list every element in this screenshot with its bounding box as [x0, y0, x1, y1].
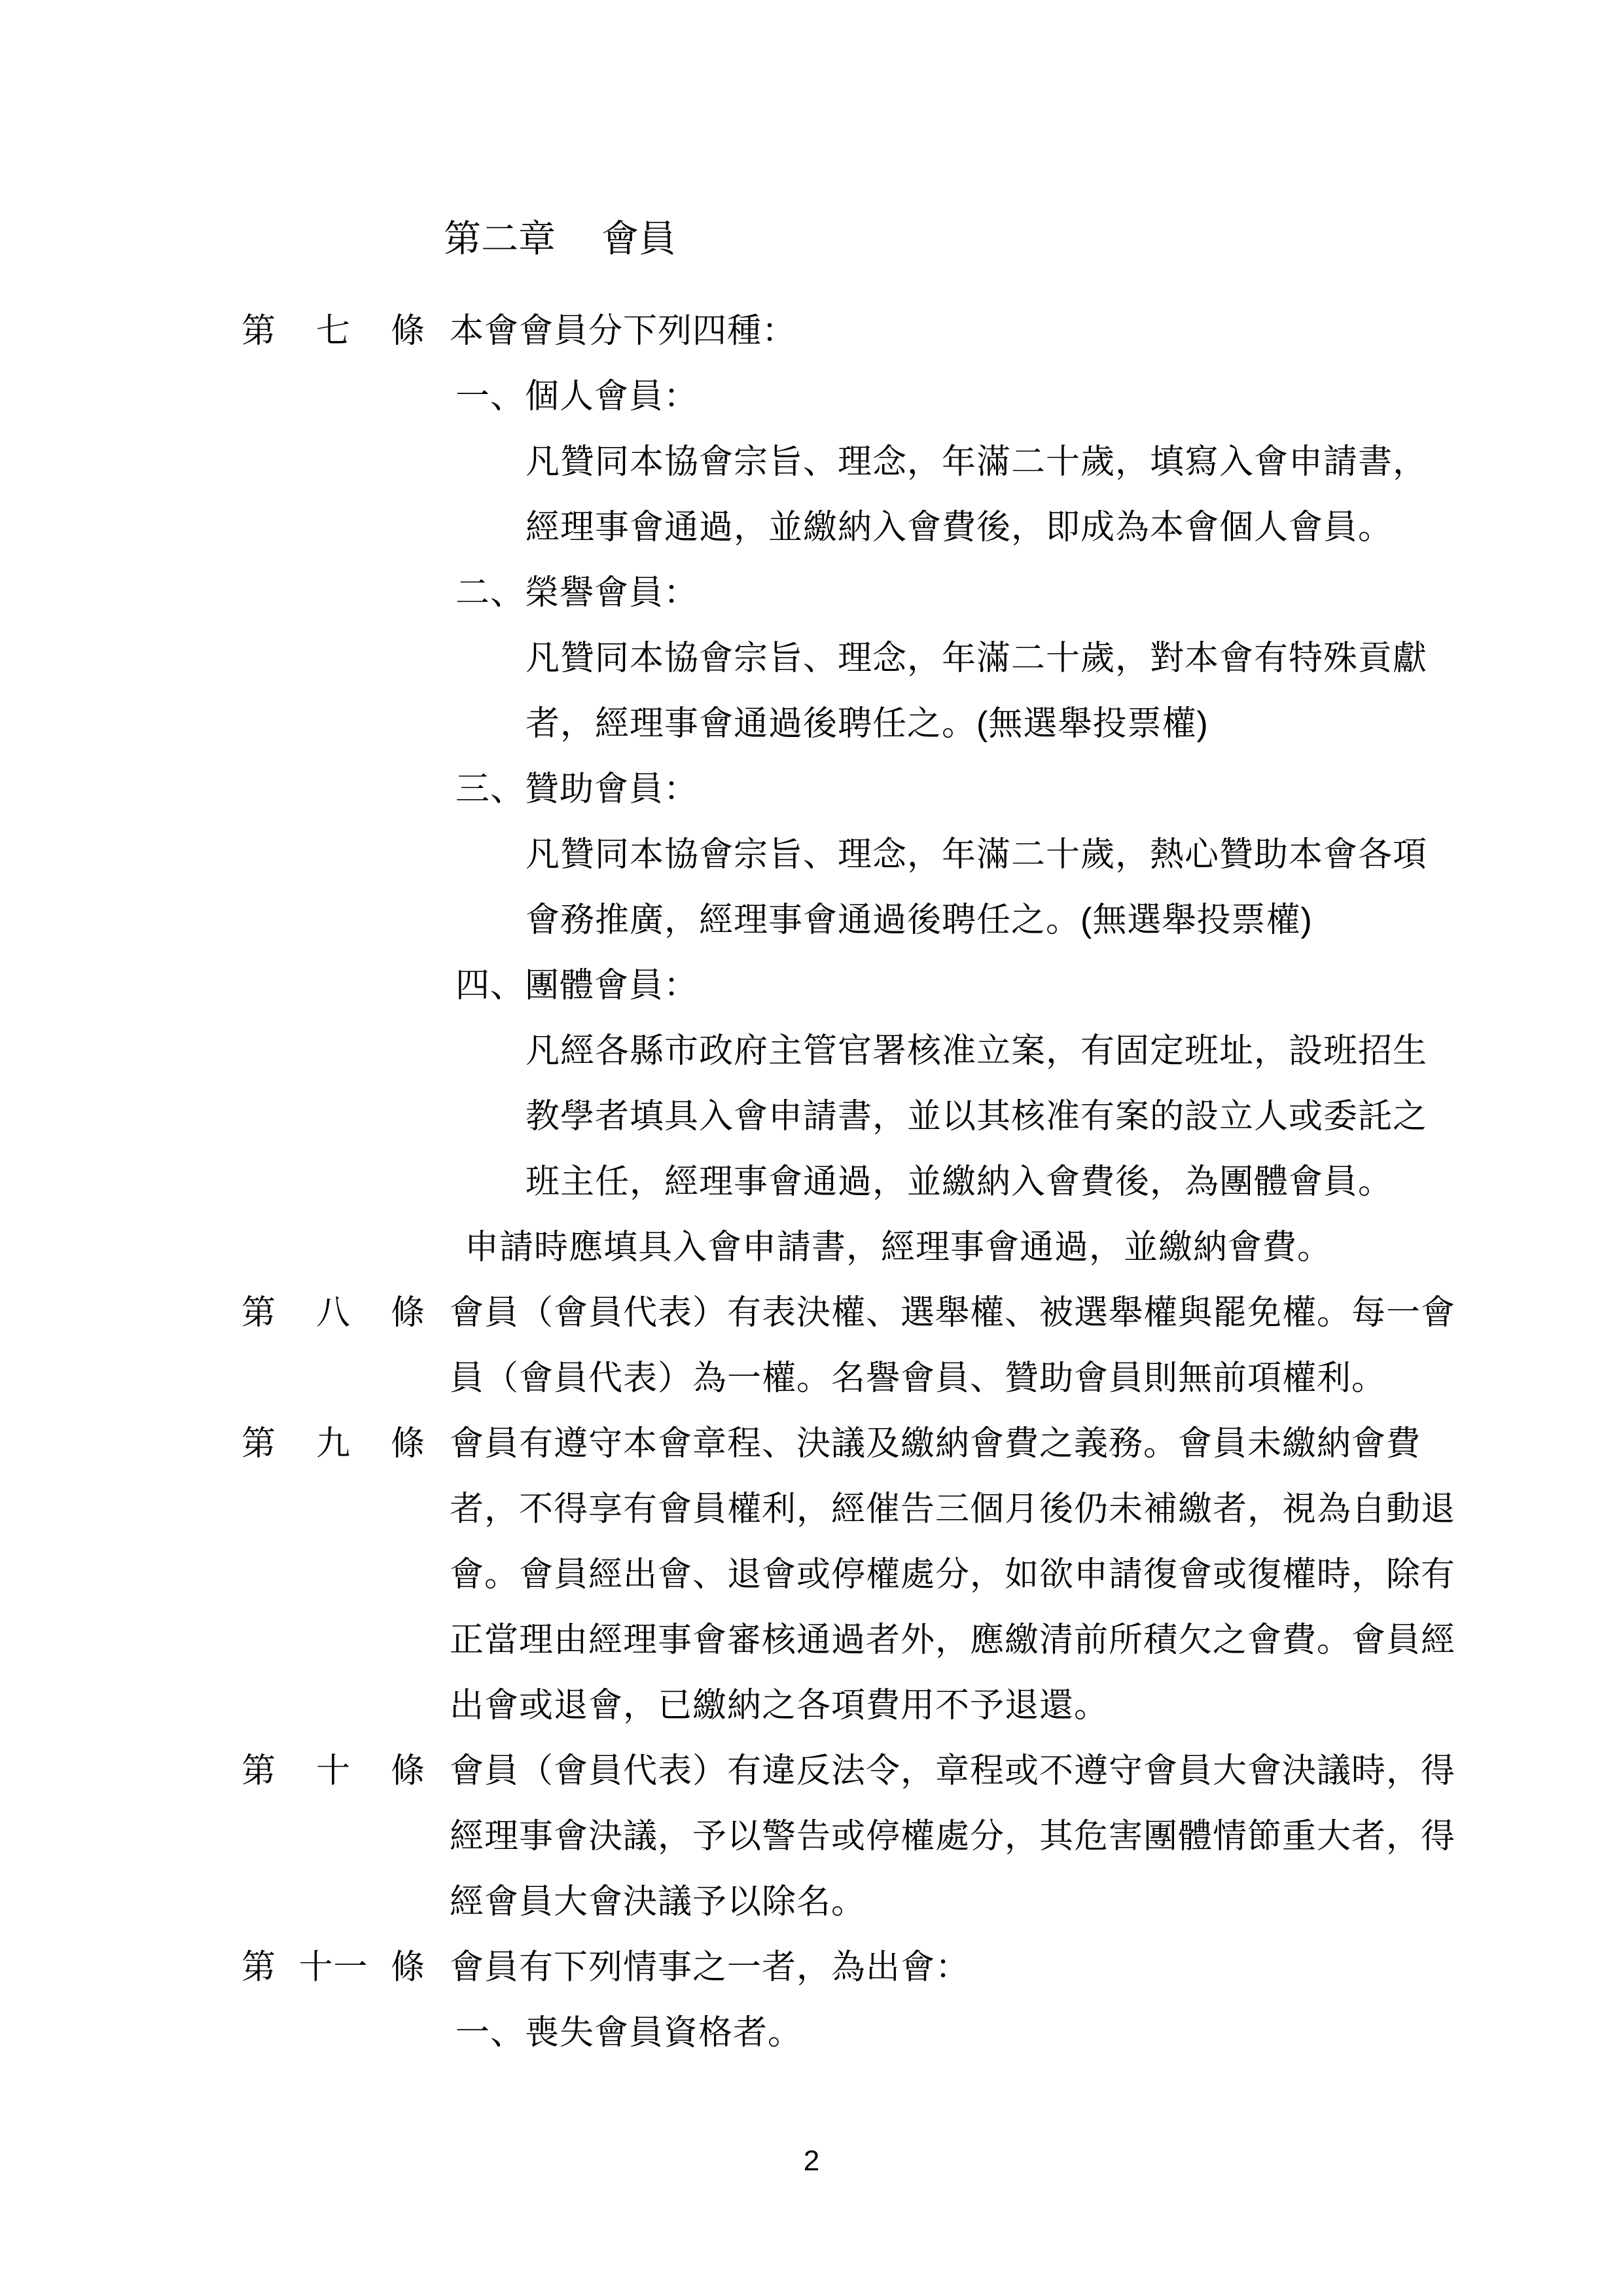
article-9-body-line: 者，不得享有會員權利，經催告三個月後仍未補繳者，視為自動退 [450, 1488, 1455, 1530]
item-sponsor-member-body-line: 會務推廣，經理事會通過後聘任之。(無選舉投票權) [526, 899, 1313, 941]
article-7-closing-line: 申請時應填具入會申請書，經理事會通過，並繳納會費。 [465, 1227, 1332, 1268]
article-7-opening-line: 第七條 本會會員分下列四種： [0, 310, 1623, 352]
chapter-heading: 第二章會員 [444, 216, 676, 262]
article-9-text: 會員有遵守本會章程、決議及繳納會費之義務。會員未繳納會費 [450, 1423, 1421, 1465]
article-10-text: 會員（會員代表）有違反法令，章程或不遵守會員大會決議時，得 [450, 1750, 1455, 1792]
document-page: 第二章會員 第七條 本會會員分下列四種： 一、個人會員： 凡贊同本協會宗旨、理念… [0, 0, 1623, 2296]
article-9-body-line: 正當理由經理事會審核通過者外，應繳清前所積欠之會費。會員經 [450, 1619, 1455, 1661]
item-group-member-body-line: 教學者填具入會申請書，並以其核准有案的設立人或委託之 [526, 1096, 1427, 1138]
chapter-number: 第二章 [444, 218, 556, 260]
item-honorary-member-body-line: 凡贊同本協會宗旨、理念，年滿二十歲，對本會有特殊貢獻 [526, 637, 1427, 679]
item-group-member-body-line: 凡經各縣市政府主管官署核准立案，有固定班址，設班招生 [526, 1030, 1427, 1072]
article-7-number: 第七條 [241, 310, 425, 352]
article-10-opening-line: 第十條 會員（會員代表）有違反法令，章程或不遵守會員大會決議時，得 [0, 1750, 1623, 1792]
item-sponsor-member-body-line: 凡贊同本協會宗旨、理念，年滿二十歲，熱心贊助本會各項 [526, 834, 1427, 876]
article-8-body-line: 員（會員代表）為一權。名譽會員、贊助會員則無前項權利。 [450, 1357, 1386, 1399]
item-honorary-member-body-line: 者，經理事會通過後聘任之。(無選舉投票權) [526, 703, 1209, 745]
article-10-number: 第十條 [241, 1750, 425, 1792]
article-9-number: 第九條 [241, 1423, 425, 1465]
article-11-text: 會員有下列情事之一者，為出會： [450, 1946, 970, 1988]
article-7-text: 本會會員分下列四種： [450, 310, 796, 352]
chapter-title: 會員 [601, 218, 676, 260]
item-sponsor-member-heading: 三、贊助會員： [455, 768, 698, 810]
article-9-body-line: 會。會員經出會、退會或停權處分，如欲申請復會或復權時，除有 [450, 1554, 1455, 1596]
page-number: 2 [0, 2142, 1623, 2181]
item-individual-member-body-line: 經理事會通過，並繳納入會費後，即成為本會個人會員。 [526, 507, 1393, 548]
article-8-text: 會員（會員代表）有表決權、選舉權、被選舉權與罷免權。每一會 [450, 1292, 1455, 1334]
article-9-body-line: 出會或退會，已繳納之各項費用不予退還。 [450, 1685, 1109, 1727]
article-11-opening-line: 第十一條 會員有下列情事之一者，為出會： [0, 1946, 1623, 1988]
item-individual-member-body-line: 凡贊同本協會宗旨、理念，年滿二十歲，填寫入會申請書， [526, 441, 1427, 483]
article-10-body-line: 經理事會決議，予以警告或停權處分，其危害團體情節重大者，得 [450, 1816, 1455, 1857]
article-9-opening-line: 第九條 會員有遵守本會章程、決議及繳納會費之義務。會員未繳納會費 [0, 1423, 1623, 1465]
item-group-member-body-line: 班主任，經理事會通過，並繳納入會費後，為團體會員。 [526, 1161, 1393, 1203]
item-group-member-heading: 四、團體會員： [455, 965, 698, 1007]
article-8-number: 第八條 [241, 1292, 425, 1334]
item-honorary-member-heading: 二、榮譽會員： [455, 572, 698, 614]
article-10-body-line: 經會員大會決議予以除名。 [450, 1881, 866, 1923]
article-11-number: 第十一條 [241, 1946, 425, 1988]
article-11-item-line: 一、喪失會員資格者。 [455, 2012, 802, 2054]
item-individual-member-heading: 一、個人會員： [455, 376, 698, 418]
article-8-opening-line: 第八條 會員（會員代表）有表決權、選舉權、被選舉權與罷免權。每一會 [0, 1292, 1623, 1334]
